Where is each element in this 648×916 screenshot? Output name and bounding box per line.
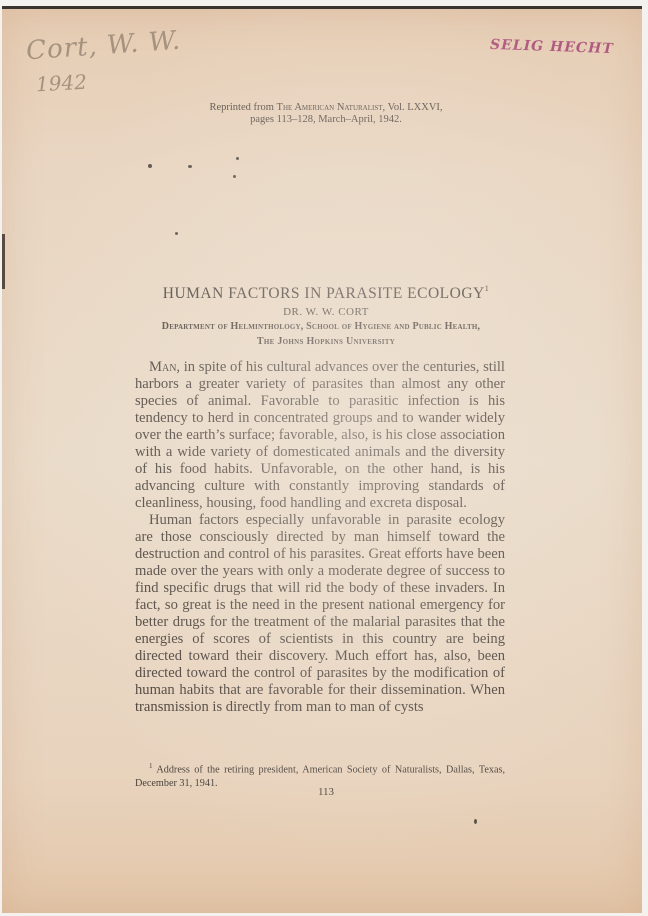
author-university: The Johns Hopkins University bbox=[2, 336, 648, 347]
article-title: HUMAN FACTORS IN PARASITE ECOLOGY1 bbox=[2, 285, 648, 303]
author-department: Department of Helminthology, School of H… bbox=[2, 321, 640, 332]
paragraph-1: Man, in spite of his cultural advances o… bbox=[135, 359, 505, 512]
ink-speck bbox=[236, 157, 239, 160]
ink-speck bbox=[233, 175, 236, 178]
reprint-pages: pages 113–128, March–April, 1942. bbox=[2, 114, 648, 126]
ink-speck bbox=[148, 164, 152, 168]
handwritten-author-note: Cort, W. W. bbox=[25, 26, 182, 67]
paper-page: Cort, W. W. 1942 SELIG HECHT Reprinted f… bbox=[2, 6, 642, 913]
ink-speck bbox=[474, 819, 477, 824]
handwritten-year-note: 1942 bbox=[35, 70, 87, 97]
title-text: HUMAN FACTORS IN PARASITE ECOLOGY bbox=[163, 285, 485, 302]
paragraph-1-text: , in spite of his cultural advances over… bbox=[135, 359, 505, 511]
article-body: Man, in spite of his cultural advances o… bbox=[135, 359, 505, 716]
ink-speck bbox=[188, 165, 192, 168]
reprint-notice: Reprinted from The American Naturalist, … bbox=[2, 102, 648, 126]
owner-stamp: SELIG HECHT bbox=[490, 37, 614, 57]
page-number: 113 bbox=[2, 786, 648, 798]
binding-edge bbox=[2, 234, 5, 289]
author-name: DR. W. W. CORT bbox=[2, 306, 648, 318]
paragraph-2: Human factors especially unfavorable in … bbox=[135, 512, 505, 716]
ink-speck bbox=[175, 232, 178, 235]
reprint-volume: , Vol. LXXVI, bbox=[383, 102, 443, 113]
paragraph-lead: Man bbox=[149, 359, 176, 375]
journal-name: The American Naturalist bbox=[277, 102, 383, 113]
reprint-prefix: Reprinted from bbox=[209, 102, 276, 113]
footnote-mark: 1 bbox=[485, 284, 490, 293]
